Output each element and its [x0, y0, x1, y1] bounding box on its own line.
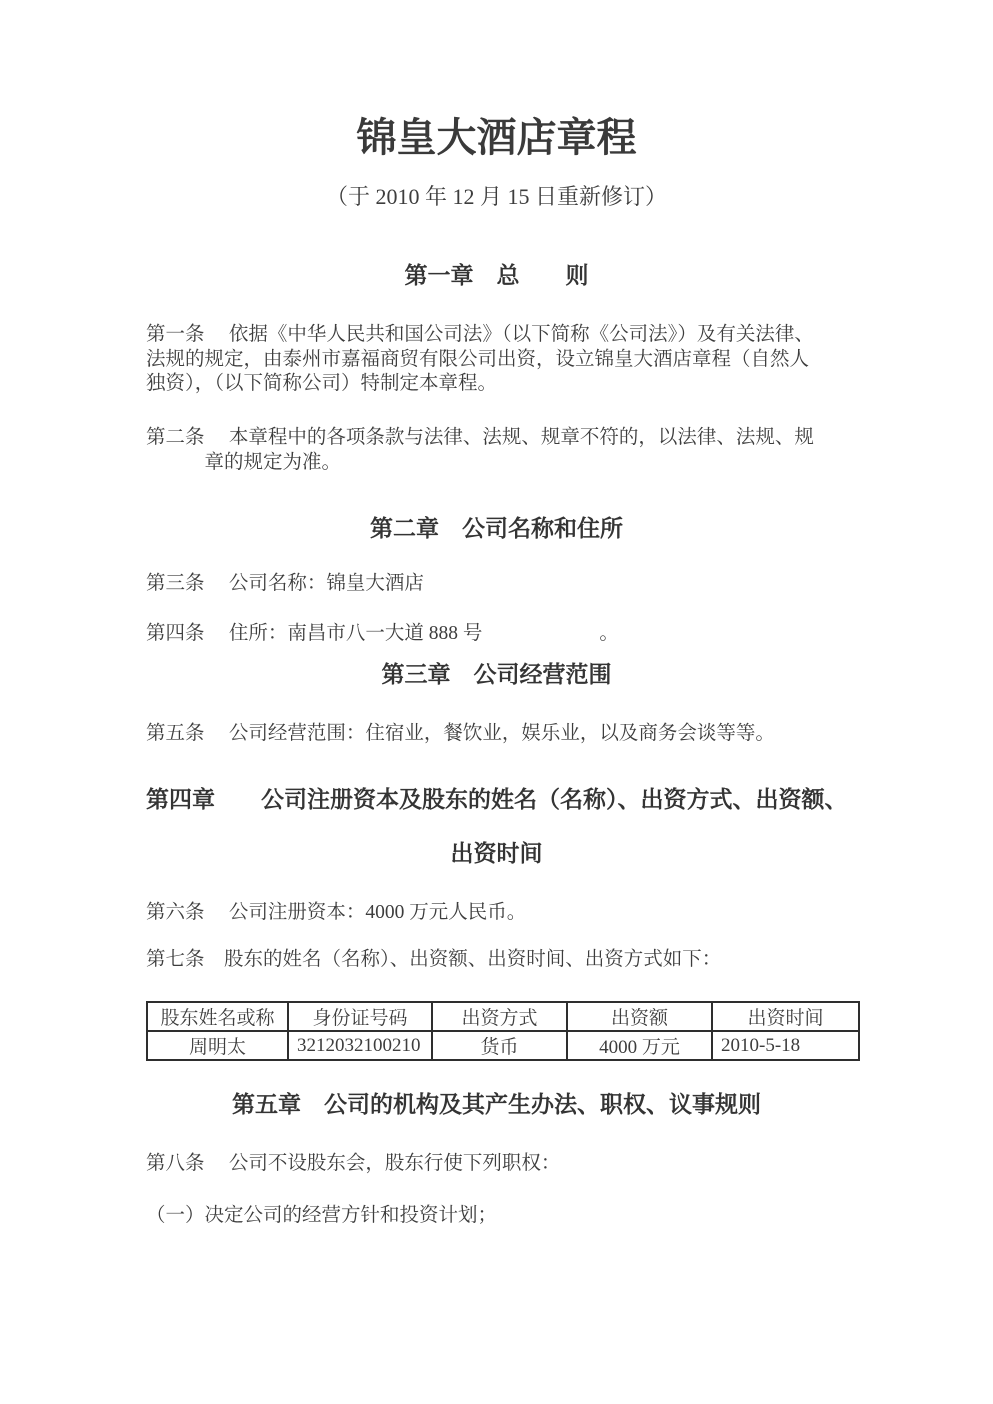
- chapter-4-heading-line2: 出资时间: [0, 839, 993, 867]
- article-8-item-1: （一）决定公司的经营方针和投资计划；: [146, 1204, 866, 1229]
- cell-contribution-date: 2010-5-18: [712, 1031, 859, 1060]
- chapter-4-heading-line1: 第四章 公司注册资本及股东的姓名（名称）、出资方式、出资额、: [146, 785, 862, 813]
- document-page: 锦皇大酒店章程 （于 2010 年 12 月 15 日重新修订） 第一章 总 则…: [0, 0, 993, 1404]
- col-header-contribution-date: 出资时间: [712, 1002, 859, 1031]
- shareholder-table-header-row: 股东姓名或称 身份证号码 出资方式 出资额 出资时间: [147, 1002, 859, 1031]
- article-6: 第六条 公司注册资本：4000 万元人民币。: [146, 901, 866, 926]
- article-8: 第八条 公司不设股东会，股东行使下列职权：: [146, 1152, 866, 1177]
- col-header-shareholder-name: 股东姓名或称: [147, 1002, 288, 1031]
- article-7: 第七条 股东的姓名（名称）、出资额、出资时间、出资方式如下：: [146, 948, 866, 973]
- col-header-id-number: 身份证号码: [288, 1002, 432, 1031]
- article-5: 第五条 公司经营范围：住宿业，餐饮业，娱乐业，以及商务会谈等等。: [146, 722, 866, 747]
- article-1: 第一条 依据《中华人民共和国公司法》（以下简称《公司法》）及有关法律、 法规的规…: [146, 323, 866, 397]
- article-4: 第四条 住所：南昌市八一大道 888 号 。: [146, 622, 866, 647]
- chapter-2-heading: 第二章 公司名称和住所: [0, 514, 993, 542]
- shareholder-table: 股东姓名或称 身份证号码 出资方式 出资额 出资时间 周明太 321203210…: [146, 1001, 860, 1061]
- cell-shareholder-name: 周明太: [147, 1031, 288, 1060]
- chapter-3-heading: 第三章 公司经营范围: [0, 660, 993, 688]
- document-title: 锦皇大酒店章程: [0, 114, 993, 162]
- chapter-5-heading: 第五章 公司的机构及其产生办法、职权、议事规则: [0, 1090, 993, 1118]
- cell-contribution-amount: 4000 万元: [567, 1031, 712, 1060]
- chapter-1-heading: 第一章 总 则: [0, 261, 993, 289]
- cell-contribution-method: 货币: [432, 1031, 567, 1060]
- document-subtitle: （于 2010 年 12 月 15 日重新修订）: [0, 183, 993, 212]
- article-3: 第三条 公司名称：锦皇大酒店: [146, 572, 866, 597]
- article-2: 第二条 本章程中的各项条款与法律、法规、规章不符的，以法律、法规、规 章的规定为…: [146, 426, 866, 475]
- col-header-contribution-method: 出资方式: [432, 1002, 567, 1031]
- shareholder-table-data-row: 周明太 3212032100210 货币 4000 万元 2010-5-18: [147, 1031, 859, 1060]
- cell-id-number: 3212032100210: [288, 1031, 432, 1060]
- col-header-contribution-amount: 出资额: [567, 1002, 712, 1031]
